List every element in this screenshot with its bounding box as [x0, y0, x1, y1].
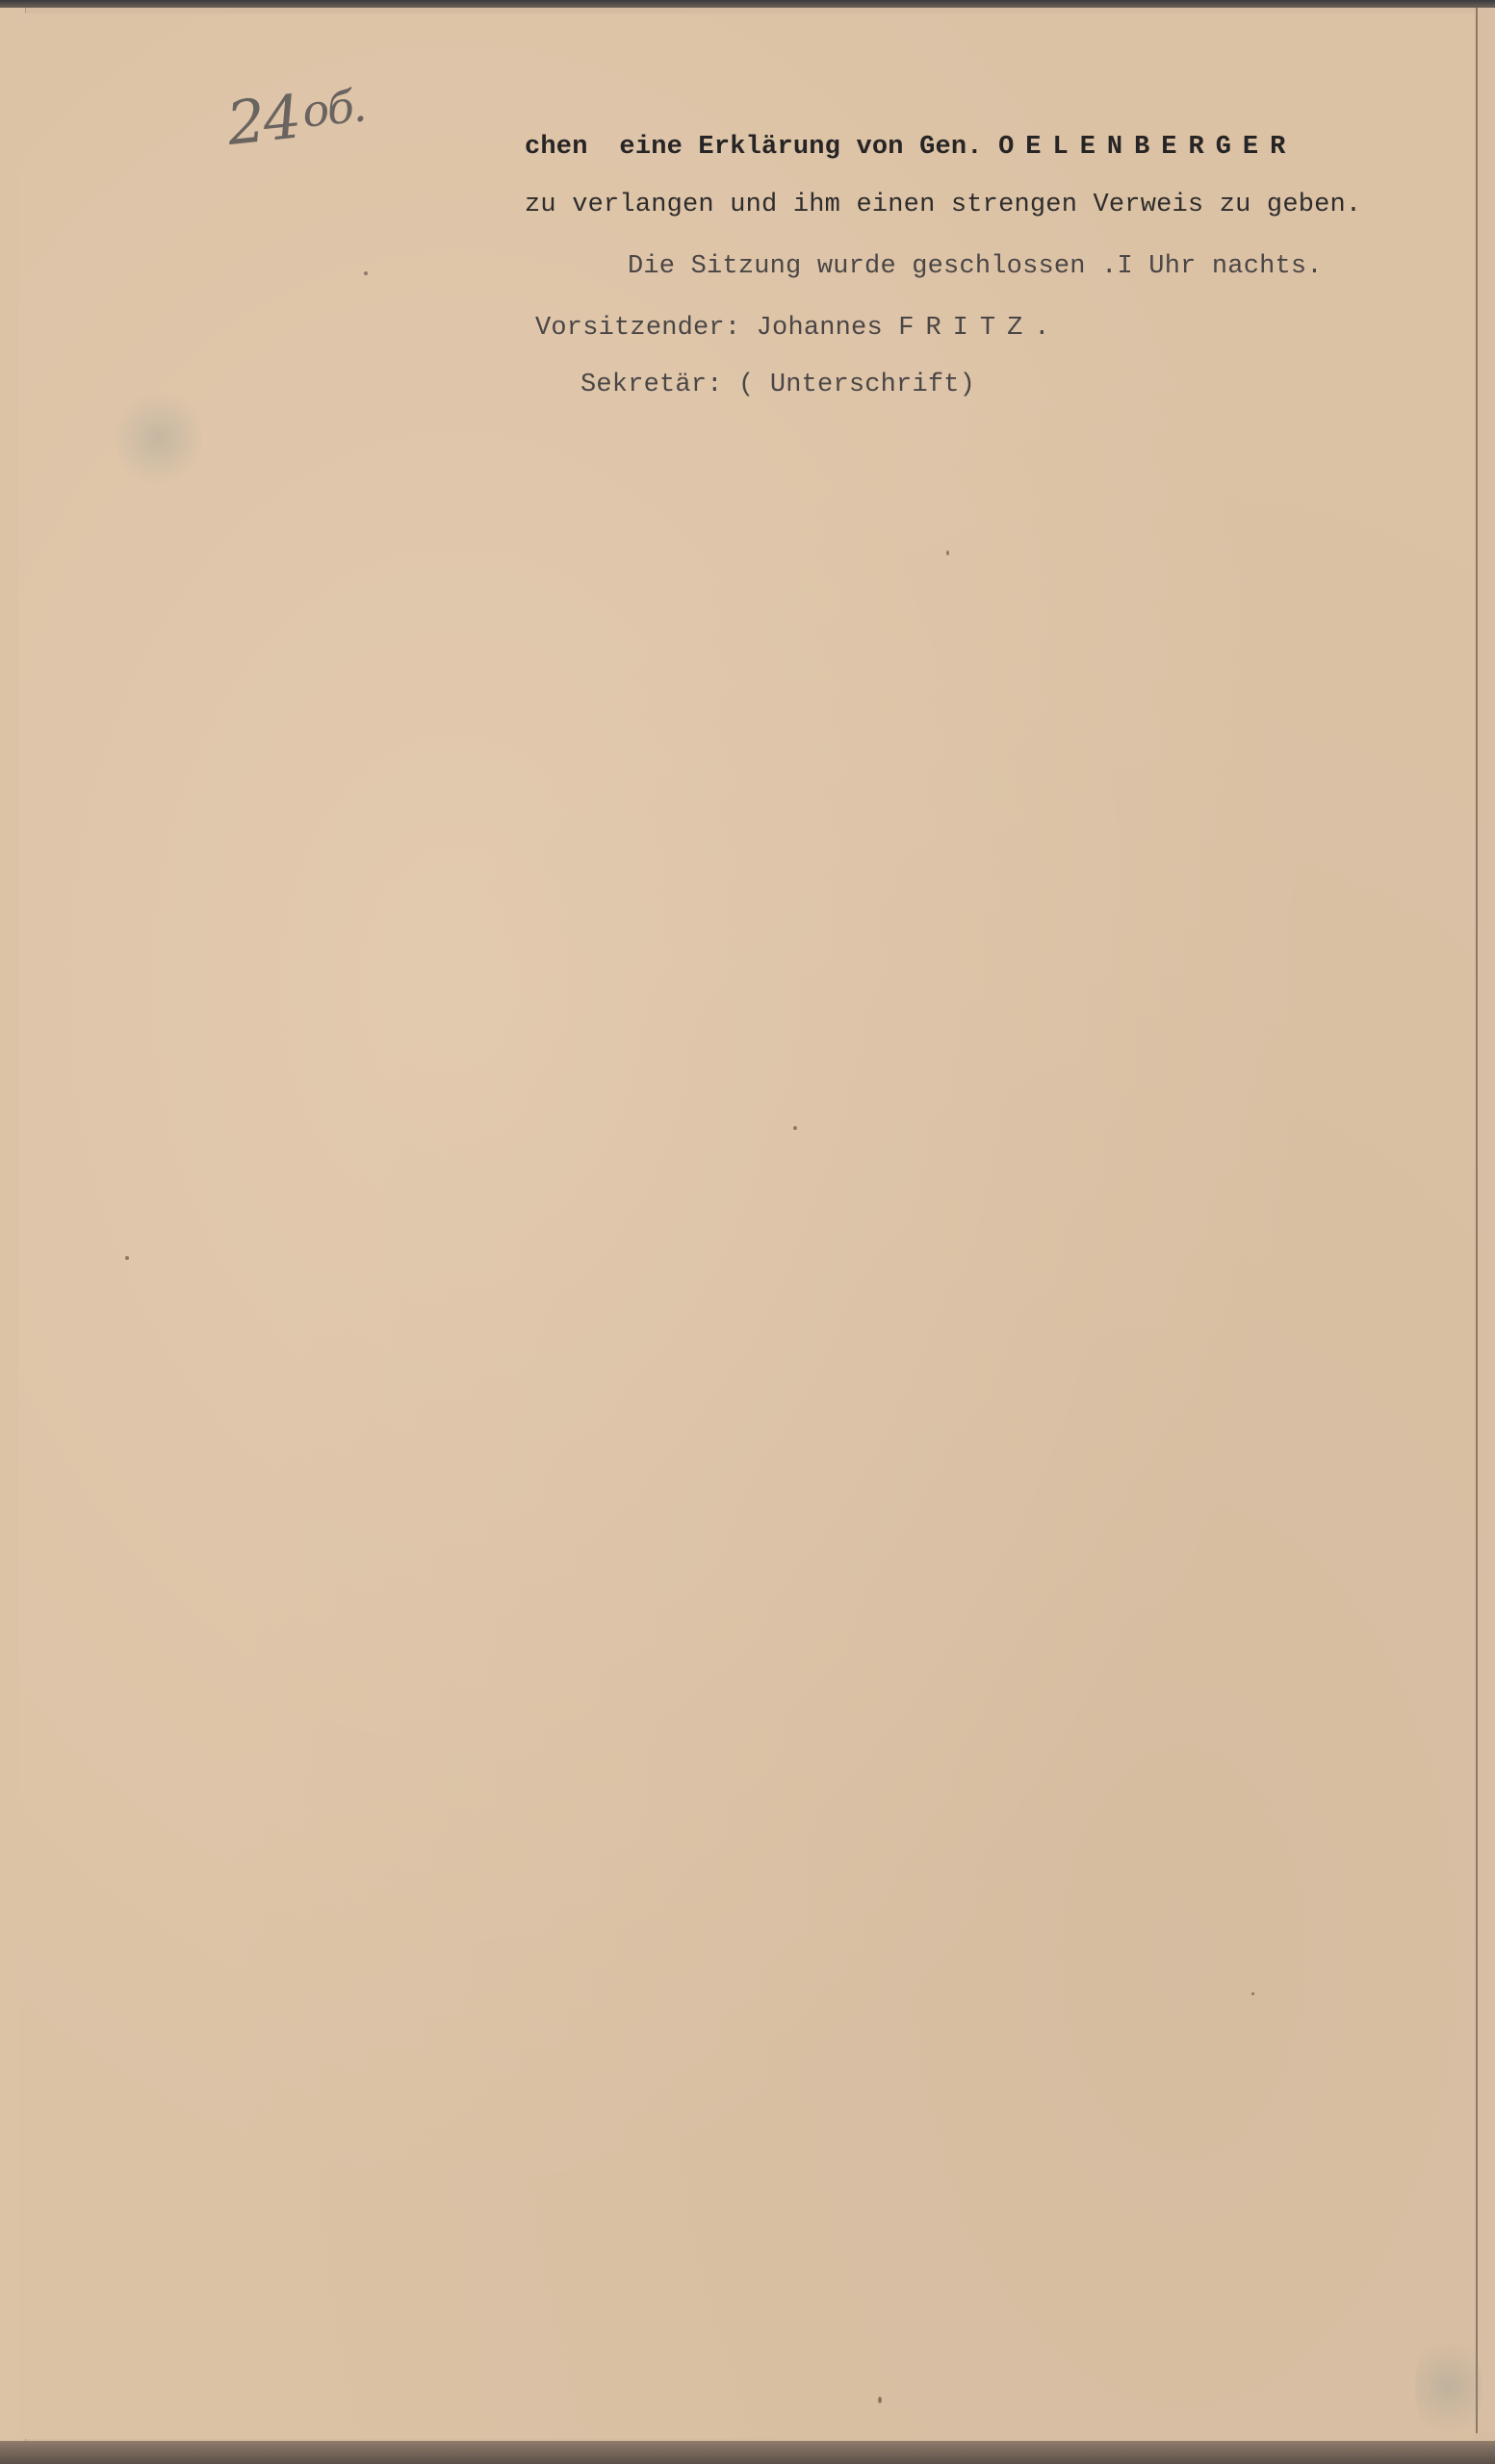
underlying-page-right-strip [1476, 8, 1495, 2433]
surname-oelenberger: OELENBERGER [998, 133, 1297, 162]
chairman-period: . [1034, 314, 1049, 343]
line-1-text: chen eine Erklärung von Gen. [525, 133, 998, 162]
folio-number: 24 [223, 82, 302, 159]
surname-fritz: FRITZ [898, 314, 1034, 343]
folio-suffix: об. [299, 79, 367, 137]
paper-speck [793, 1126, 797, 1130]
typed-line-3: Die Sitzung wurde geschlossen .I Uhr nac… [628, 252, 1323, 281]
secretary-line: Sekretär: ( Unterschrift) [580, 371, 975, 399]
paper-speck [1251, 1992, 1254, 1995]
chairman-line: Vorsitzender: Johannes FRITZ. [535, 314, 1050, 343]
typed-line-1: chen eine Erklärung von Gen. OELENBERGER [525, 133, 1297, 162]
scan-bottom-edge [0, 2441, 1495, 2464]
paper-speck [946, 551, 949, 555]
paper-speck [364, 271, 368, 275]
scan-top-edge [0, 0, 1495, 8]
handwritten-folio-number: 24об. [223, 74, 368, 159]
paper-smudge [116, 385, 202, 491]
paper-smudge [1415, 2329, 1482, 2445]
paper-speck [125, 1256, 129, 1260]
paper-speck [878, 2397, 882, 2403]
typed-line-2: zu verlangen und ihm einen strengen Verw… [525, 191, 1361, 219]
chairman-label: Vorsitzender: Johannes [535, 314, 898, 343]
